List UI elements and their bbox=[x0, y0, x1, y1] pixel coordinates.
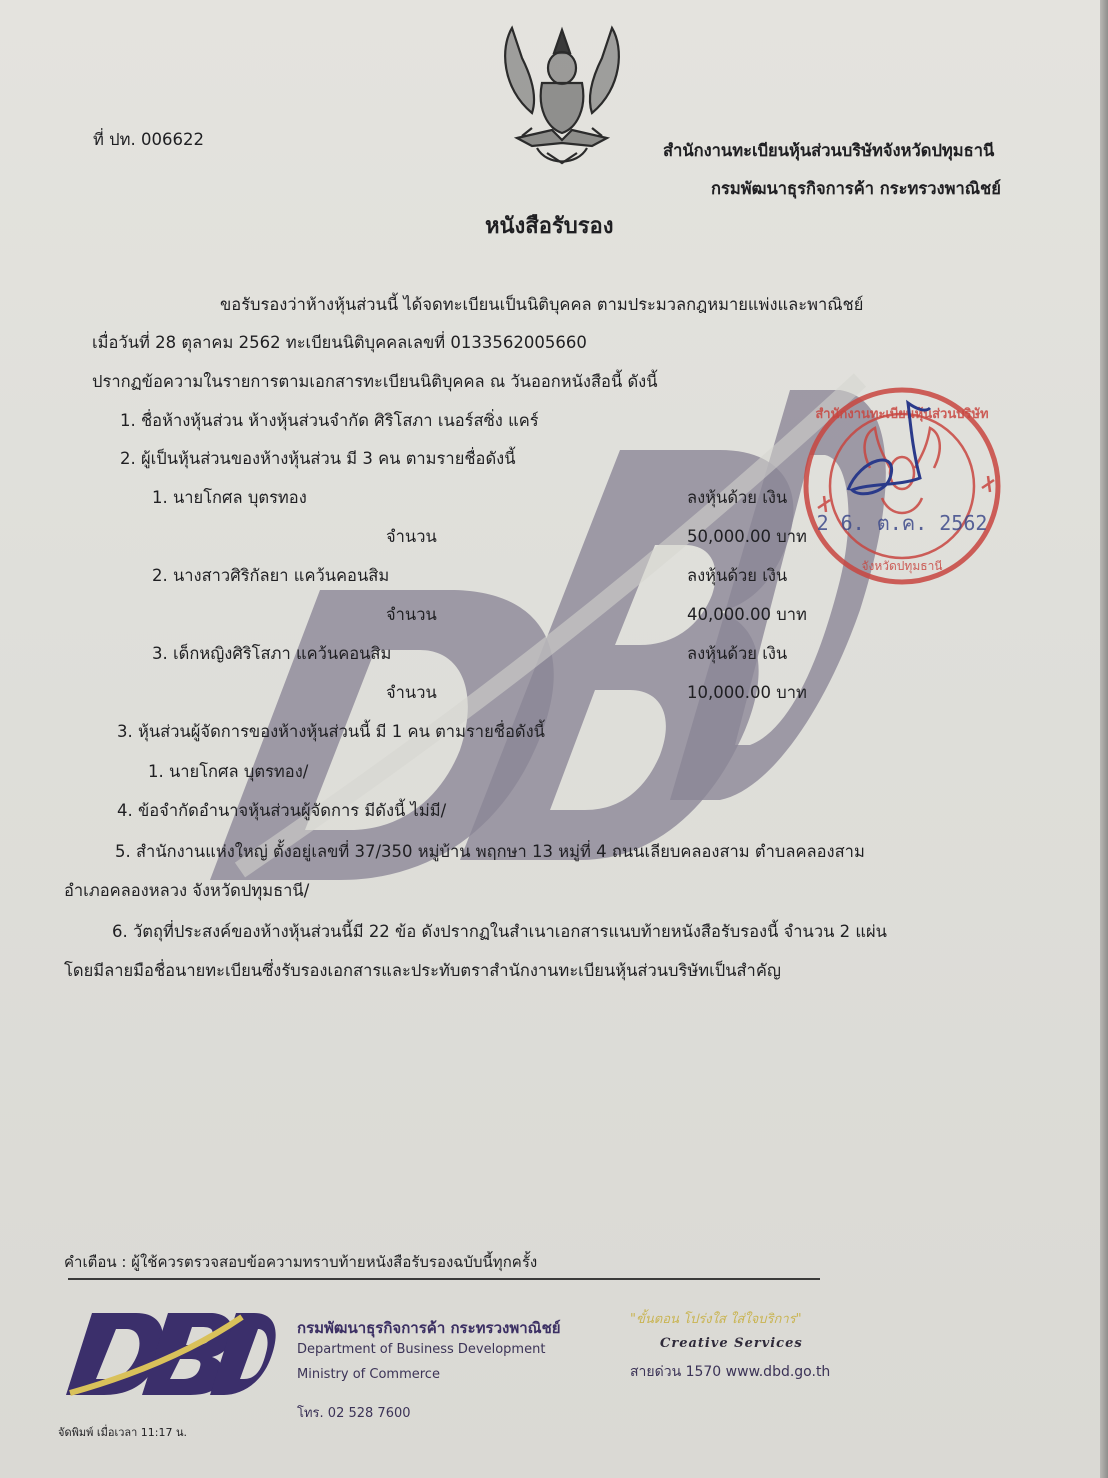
item-objectives-line-1: 6. วัตถุที่ประสงค์ของห้างหุ้นส่วนนี้มี 2… bbox=[112, 919, 887, 945]
footer-ministry-english: Ministry of Commerce bbox=[297, 1367, 440, 1382]
item-authority-limits: 4. ข้อจำกัดอำนาจหุ้นส่วนผู้จัดการ มีดังน… bbox=[117, 798, 446, 824]
footer-dept-thai: กรมพัฒนาธุรกิจการค้า กระทรวงพาณิชย์ bbox=[297, 1316, 561, 1340]
partner-2-amount: 40,000.00 บาท bbox=[687, 602, 807, 628]
footer-dept-english: Department of Business Development bbox=[297, 1342, 545, 1357]
footer-hotline-website: สายด่วน 1570 www.dbd.go.th bbox=[630, 1361, 830, 1383]
print-timestamp: จัดพิมพ์ เมื่อเวลา 11:17 น. bbox=[58, 1423, 187, 1441]
footer-divider bbox=[68, 1278, 820, 1280]
partner-2-name: 2. นางสาวศิริกัลยา แคว้นคอนสิม bbox=[152, 563, 389, 589]
reference-number: ที่ ปท. 006622 bbox=[93, 127, 204, 153]
svg-text:สำนักงานทะเบียนหุ้นส่วนบริษัท: สำนักงานทะเบียนหุ้นส่วนบริษัท bbox=[815, 406, 988, 422]
footer-slogan: "ขั้นตอน โปร่งใส ใส่ใจบริการ" bbox=[630, 1308, 802, 1329]
footer-warning: คำเตือน : ผู้ใช้ควรตรวจสอบข้อความทราบท้า… bbox=[64, 1250, 537, 1274]
partner-3-amount: 10,000.00 บาท bbox=[687, 680, 807, 706]
footer-creative-services: Creative Services bbox=[660, 1336, 803, 1351]
partner-2-amount-label: จำนวน bbox=[386, 602, 437, 628]
intro-line-2: เมื่อวันที่ 28 ตุลาคม 2562 ทะเบียนนิติบุ… bbox=[92, 330, 587, 356]
item-objectives-line-2: โดยมีลายมือชื่อนายทะเบียนซึ่งรับรองเอกสา… bbox=[64, 958, 781, 984]
garuda-emblem-icon bbox=[492, 18, 632, 168]
item-head-office-line-2: อำเภอคลองหลวง จังหวัดปทุมธานี/ bbox=[64, 878, 309, 904]
intro-line-1: ขอรับรองว่าห้างหุ้นส่วนนี้ ได้จดทะเบียนเ… bbox=[220, 292, 863, 318]
svg-text:จังหวัดปทุมธานี: จังหวัดปทุมธานี bbox=[861, 559, 942, 574]
official-seal-stamp-icon: สำนักงานทะเบียนหุ้นส่วนบริษัท จังหวัดปทุ… bbox=[790, 378, 1010, 593]
item-head-office-line-1: 5. สำนักงานแห่งใหญ่ ตั้งอยู่เลขที่ 37/35… bbox=[115, 839, 865, 865]
item-managing-partners: 3. หุ้นส่วนผู้จัดการของห้างหุ้นส่วนนี้ ม… bbox=[117, 719, 545, 745]
partner-2-contribution: ลงหุ้นด้วย เงิน bbox=[687, 563, 787, 589]
document-title: หนังสือรับรอง bbox=[485, 208, 613, 243]
registrar-office: สำนักงานทะเบียนหุ้นส่วนบริษัทจังหวัดปทุม… bbox=[663, 138, 994, 164]
partner-3-name: 3. เด็กหญิงศิริโสภา แคว้นคอนสิม bbox=[152, 641, 391, 667]
department-ministry: กรมพัฒนาธุรกิจการค้า กระทรวงพาณิชย์ bbox=[711, 176, 1001, 202]
partner-3-amount-label: จำนวน bbox=[386, 680, 437, 706]
partner-1-name: 1. นายโกศล บุตรทอง bbox=[152, 485, 307, 511]
partner-3-contribution: ลงหุ้นด้วย เงิน bbox=[687, 641, 787, 667]
dbd-logo-icon bbox=[64, 1305, 279, 1397]
partner-1-amount: 50,000.00 บาท bbox=[687, 524, 807, 550]
partner-1-amount-label: จำนวน bbox=[386, 524, 437, 550]
item-partners-count: 2. ผู้เป็นหุ้นส่วนของห้างหุ้นส่วน มี 3 ค… bbox=[120, 446, 516, 472]
item-partnership-name: 1. ชื่อห้างหุ้นส่วน ห้างหุ้นส่วนจำกัด ศิ… bbox=[120, 408, 539, 434]
intro-line-3: ปรากฏข้อความในรายการตามเอกสารทะเบียนนิติ… bbox=[92, 369, 658, 395]
footer-phone: โทร. 02 528 7600 bbox=[297, 1402, 411, 1423]
managing-partner-name: 1. นายโกศล บุตรทอง/ bbox=[148, 759, 308, 785]
stamp-date: 2 6. ต.ค. 2562 bbox=[817, 511, 988, 535]
partner-1-contribution: ลงหุ้นด้วย เงิน bbox=[687, 485, 787, 511]
